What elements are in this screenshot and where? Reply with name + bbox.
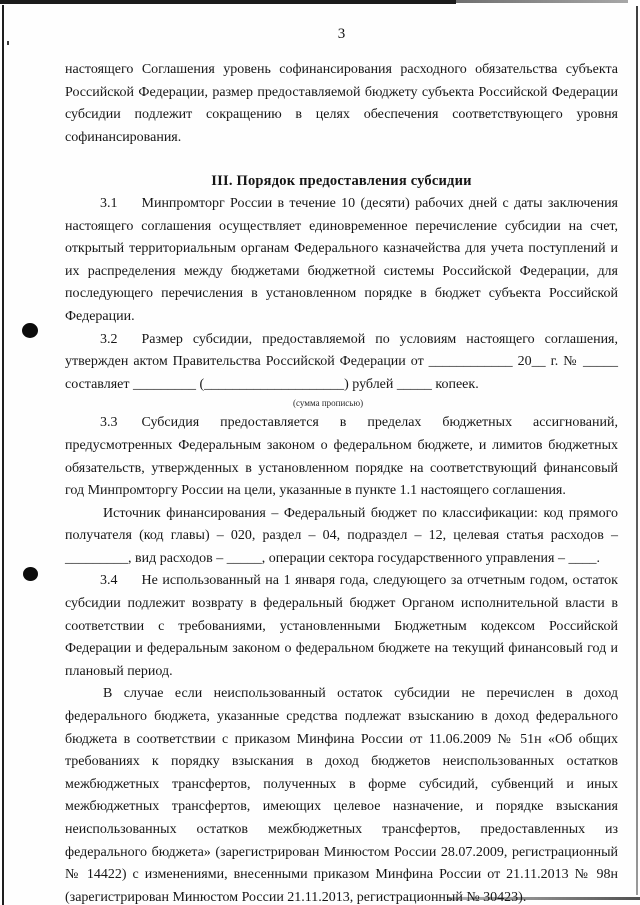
clause-text: Субсидия предоставляется в пределах бюдж… (65, 415, 618, 498)
paragraph-funding-source: Источник финансирования – Федеральный бю… (65, 503, 618, 571)
page-number: 3 (65, 26, 618, 43)
scan-artifact-right-edge (636, 6, 638, 895)
clause-text: Минпромторг России в течение 10 (десяти)… (65, 196, 618, 324)
hole-punch-bottom (23, 567, 38, 581)
section-heading: III. Порядок предоставления субсидии (65, 170, 618, 193)
hole-punch-top (22, 323, 38, 338)
scanned-document-page: 3 настоящего Соглашения уровень софинанс… (0, 0, 640, 905)
sum-in-words-caption: (сумма прописью) (65, 396, 618, 412)
scan-artifact-left-edge (2, 5, 4, 905)
scan-artifact-top-edge-dark (0, 0, 456, 4)
paragraph-intro-continuation: настоящего Соглашения уровень софинансир… (65, 59, 618, 149)
clause-text: Не использованный на 1 января года, след… (65, 573, 618, 678)
clause-number: 3.4 (100, 573, 118, 588)
paragraph-unused-balance: В случае если неиспользованный остаток с… (65, 683, 618, 905)
clause-number: 3.2 (100, 332, 118, 347)
document-content: настоящего Соглашения уровень софинансир… (65, 59, 618, 905)
clause-number: 3.3 (100, 415, 118, 430)
scan-artifact-top-edge-gray (456, 0, 628, 3)
clause-number: 3.1 (100, 196, 118, 211)
clause-text: Размер субсидии, предоставляемой по усло… (65, 332, 618, 392)
scan-speck (7, 41, 9, 45)
clause-3-1: 3.1Минпромторг России в течение 10 (деся… (65, 193, 618, 329)
clause-3-4: 3.4Не использованный на 1 января года, с… (65, 570, 618, 683)
clause-3-2: 3.2Размер субсидии, предоставляемой по у… (65, 329, 618, 397)
clause-3-3: 3.3Субсидия предоставляется в пределах б… (65, 412, 618, 502)
